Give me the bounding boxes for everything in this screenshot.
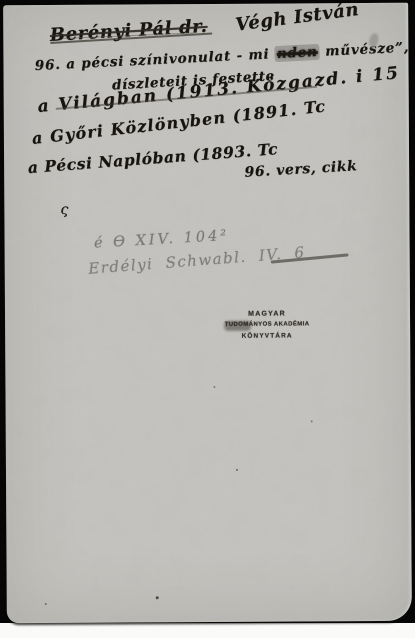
stamp-ink-smudge [224,321,251,331]
scanned-book-page: Berényi Pál dr. Végh István 96. a pécsi … [0,0,415,638]
stamp-line-3: KÖNYVTÁRA [219,330,315,342]
small-handwritten-mark: ς [60,202,69,218]
handwritten-line-6: a Pécsi Naplóban (1893. Tc [27,139,279,177]
line2-scribbled-word: nden [275,44,321,62]
paper-speck [213,386,215,388]
paper-speck [156,596,159,599]
paper-sheet: Berényi Pál dr. Végh István 96. a pécsi … [3,3,412,623]
paper-speck [236,469,238,471]
handwritten-name-struck: Berényi Pál dr. [49,16,208,46]
paper-speck [45,603,47,605]
handwritten-line-6b: 96. vers, cikk [244,158,358,181]
scan-bottom-margin [0,623,415,638]
stamp-line-1: MAGYAR [219,308,315,320]
pencil-note-1: é Ө XIV. 104² [94,228,230,252]
handwritten-name: Végh István [234,3,360,36]
paper-speck [311,420,313,422]
